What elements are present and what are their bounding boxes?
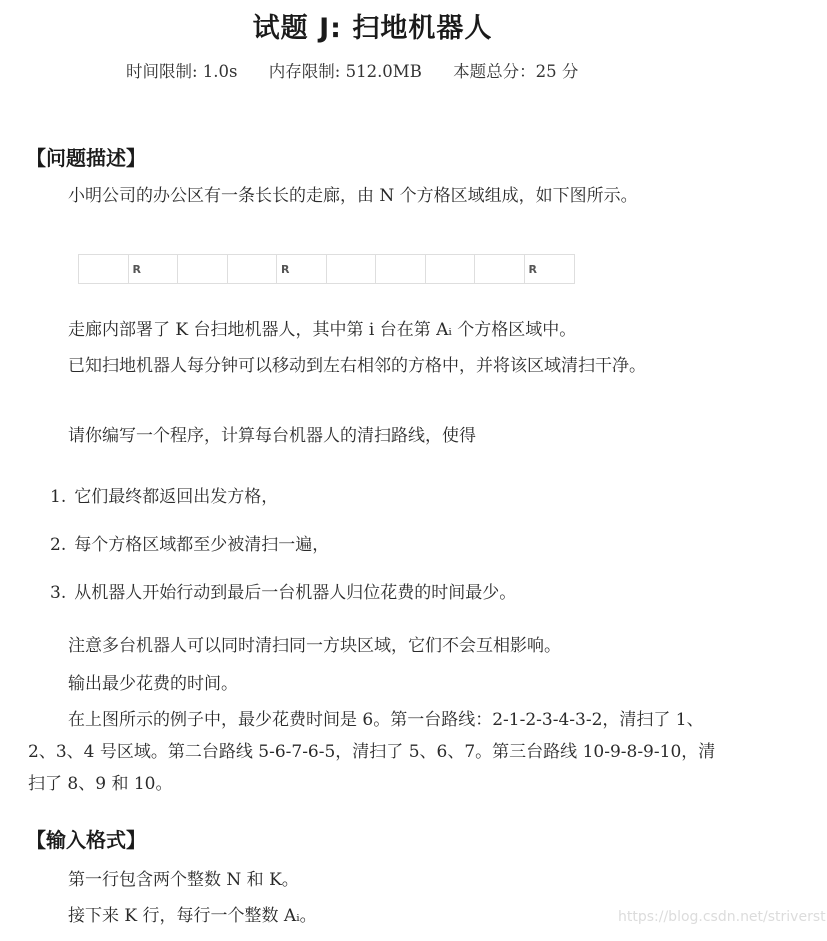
- grid-cell: R: [129, 255, 179, 283]
- corridor-grid: R R R: [78, 254, 575, 284]
- paragraph-intro: 小明公司的办公区有一条长长的走廊，由 N 个方格区域组成，如下图所示。: [28, 180, 728, 212]
- paragraph-note: 注意多台机器人可以同时清扫同一方块区域，它们不会互相影响。: [28, 630, 728, 662]
- paragraph-move: 已知扫地机器人每分钟可以移动到左右相邻的方格中，并将该区域清扫干净。: [28, 350, 728, 382]
- grid-cell: [228, 255, 278, 283]
- condition-item: 1.它们最终都返回出发方格，: [50, 482, 278, 507]
- total-score: 本题总分：25 分: [453, 62, 578, 81]
- memory-limit: 内存限制: 512.0MB: [269, 62, 422, 81]
- section-heading-description: 【问题描述】: [26, 142, 146, 171]
- grid-cell: R: [525, 255, 575, 283]
- problem-meta: 时间限制: 1.0s 内存限制: 512.0MB 本题总分：25 分: [126, 58, 604, 82]
- grid-cell: R: [277, 255, 327, 283]
- condition-item: 2.每个方格区域都至少被清扫一遍，: [50, 530, 329, 555]
- paragraph-example: 在上图所示的例子中，最少花费时间是 6。第一台路线：2-1-2-3-4-3-2，…: [28, 704, 728, 800]
- input-line-1: 第一行包含两个整数 N 和 K。: [28, 864, 728, 896]
- problem-title: 试题 J: 扫地机器人: [0, 6, 745, 45]
- grid-cell: [178, 255, 228, 283]
- section-heading-input-format: 【输入格式】: [26, 824, 146, 853]
- paragraph-output: 输出最少花费的时间。: [28, 668, 728, 700]
- paragraph-robots: 走廊内部署了 K 台扫地机器人，其中第 i 台在第 Aᵢ 个方格区域中。: [28, 314, 728, 346]
- paragraph-task: 请你编写一个程序，计算每台机器人的清扫路线，使得: [28, 420, 728, 452]
- grid-cell: [79, 255, 129, 283]
- watermark: https://blog.csdn.net/striverst: [618, 909, 826, 925]
- grid-cell: [426, 255, 476, 283]
- grid-cell: [327, 255, 377, 283]
- grid-cell: [475, 255, 525, 283]
- grid-cell: [376, 255, 426, 283]
- time-limit: 时间限制: 1.0s: [126, 62, 238, 81]
- condition-item: 3.从机器人开始行动到最后一台机器人归位花费的时间最少。: [50, 578, 516, 603]
